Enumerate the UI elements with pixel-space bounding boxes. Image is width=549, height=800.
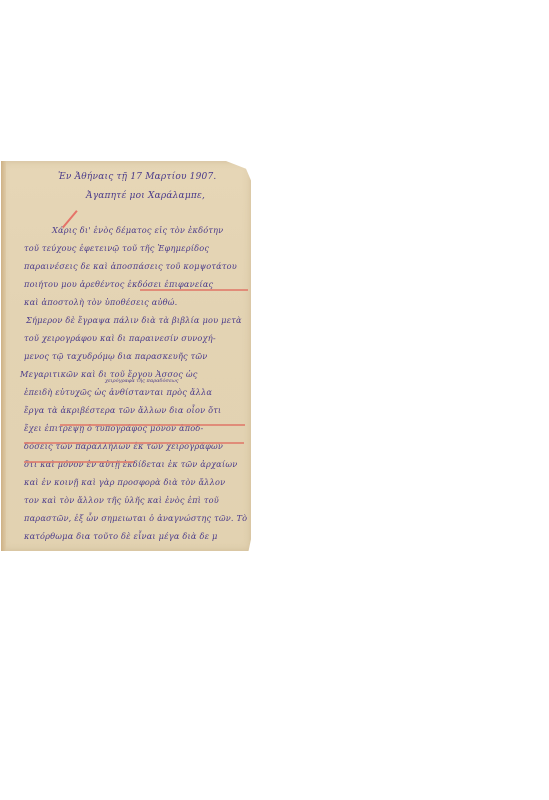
red-underline-4 <box>24 461 134 463</box>
letter-salutation: Ἀγαπητέ μοι Χαράλαμπε, <box>86 191 205 201</box>
body-line-2: τοῦ τεύχους ἐφετεινῷ τοῦ τῆς Ἐφημερίδος <box>24 243 209 253</box>
scanned-page: Ἐν Ἀθήναις τῇ 17 Μαρτίου 1907. Ἀγαπητέ μ… <box>0 0 549 800</box>
body-line-4: ποιήτου μου ἀρεθέντος ἐκδόσει ἐπιφανείας <box>24 279 213 289</box>
body-line-10: ἐπειδὴ εὐτυχῶς ὡς ἀνθίστανται πρὸς ἄλλα <box>24 387 212 397</box>
body-line-7: τοῦ χειρογράφου καὶ δι παραινεσίν συνοχή… <box>24 333 216 343</box>
letter-place-date: Ἐν Ἀθήναις τῇ 17 Μαρτίου 1907. <box>58 172 216 182</box>
interlinear-note: χειρόγραφα τῆς παραδόσεως <box>105 378 179 384</box>
body-line-8: μενος τῷ ταχυδρόμῳ δια παρασκευῆς τῶν <box>24 351 207 361</box>
body-line-1: Χάρις δι' ἑνὸς δέματος εἰς τὸν ἐκδότην <box>52 225 223 235</box>
body-line-18: κατόρθωμα δια τοῦτο δὲ εἶναι μέγα διὰ δε… <box>24 531 218 541</box>
body-line-16: τον καὶ τὸν ἄλλον τῆς ὑλῆς καὶ ἐνὸς ἐπὶ … <box>24 495 219 505</box>
body-line-11: ἔργα τὰ ἀκριβέστερα τῶν ἄλλων δια οἷον ὅ… <box>24 405 221 415</box>
red-underline-1 <box>140 289 248 291</box>
body-line-17: παραστῶν, ἐξ ὧν σημειωται ὁ ἀναγνώστης τ… <box>24 513 247 523</box>
paper-left-edge-stain <box>1 161 6 551</box>
red-underline-2 <box>60 424 245 426</box>
body-line-6: Σήμερον δὲ ἔγραψα πάλιν διὰ τὰ βιβλία μο… <box>26 315 242 325</box>
body-line-5: καὶ ἀποστολὴ τὸν ὑποθέσεις αὐθώ. <box>24 297 177 307</box>
body-line-15: καὶ ἐν κοινῇ καὶ γὰρ προσφορὰ διὰ τὸν ἄλ… <box>24 477 225 487</box>
body-line-3: παραινέσεις δε καὶ ἀποσπάσεις τοῦ κομψοτ… <box>24 261 237 271</box>
red-underline-3 <box>24 442 244 444</box>
